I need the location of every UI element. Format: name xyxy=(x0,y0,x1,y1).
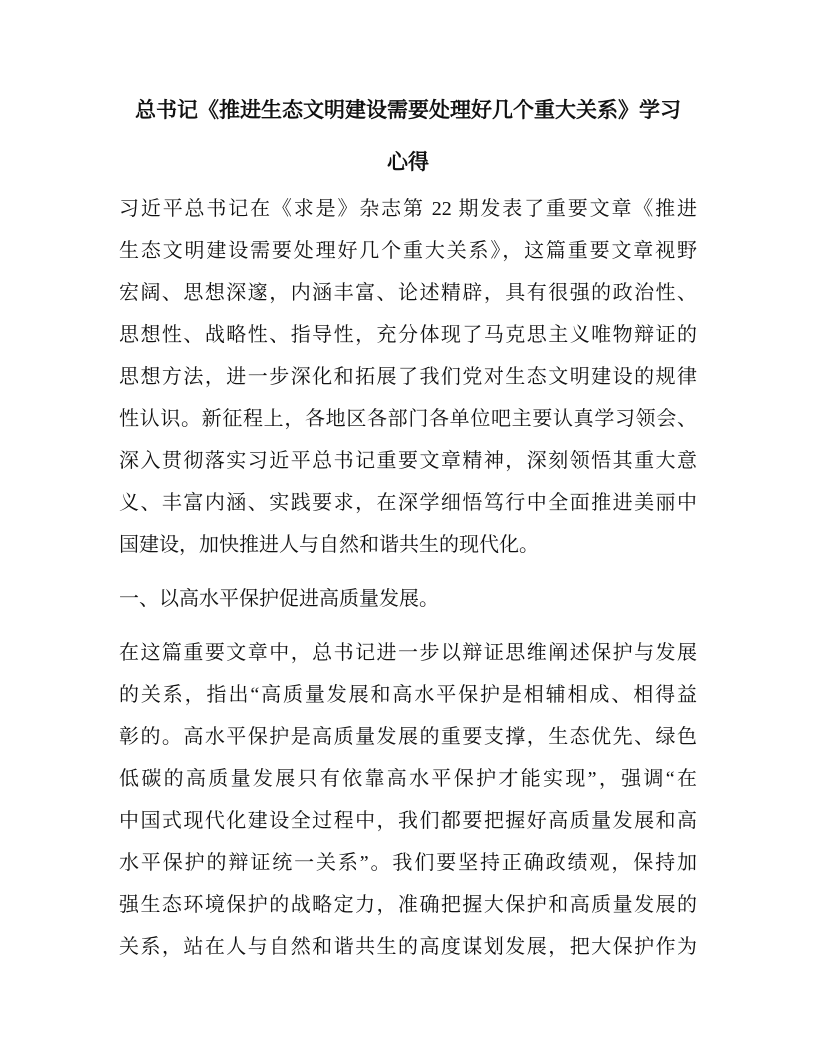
text-line: 彰的。高水平保护是高质量发展的重要支撑，生态优先、绿色 xyxy=(119,716,697,758)
text-line: 中国式现代化建设全过程中，我们都要把握好高质量发展和高 xyxy=(119,800,697,842)
text-line: 深入贯彻落实习近平总书记重要文章精神，深刻领悟其重大意 xyxy=(119,440,697,482)
text-line: 强生态环境保护的战略定力，准确把握大保护和高质量发展的 xyxy=(119,884,697,926)
text-line: 低碳的高质量发展只有依靠高水平保护才能实现”，强调“在 xyxy=(119,758,697,800)
text-line: 宏阔、思想深邃，内涵丰富、论述精辟，具有很强的政治性、 xyxy=(119,272,697,314)
document-title: 总书记《推进生态文明建设需要处理好几个重大关系》学习心得 xyxy=(119,84,697,188)
text-line: 的关系，指出“高质量发展和高水平保护是相辅相成、相得益 xyxy=(119,674,697,716)
section-heading: 一、以高水平保护促进高质量发展。 xyxy=(119,578,697,620)
document-body: 习近平总书记在《求是》杂志第 22 期发表了重要文章《推进生态文明建设需要处理好… xyxy=(119,188,697,968)
text-line: 性认识。新征程上，各地区各部门各单位吧主要认真学习领会、 xyxy=(119,398,697,440)
text-line: 国建设，加快推进人与自然和谐共生的现代化。 xyxy=(119,524,697,566)
document-page: 总书记《推进生态文明建设需要处理好几个重大关系》学习心得 习近平总书记在《求是》… xyxy=(0,0,816,1056)
title-line: 心得 xyxy=(119,136,697,188)
paragraph: 在这篇重要文章中，总书记进一步以辩证思维阐述保护与发展的关系，指出“高质量发展和… xyxy=(119,632,697,968)
text-line: 思想方法，进一步深化和拓展了我们党对生态文明建设的规律 xyxy=(119,356,697,398)
paragraph: 习近平总书记在《求是》杂志第 22 期发表了重要文章《推进生态文明建设需要处理好… xyxy=(119,188,697,566)
text-line: 一、以高水平保护促进高质量发展。 xyxy=(119,578,697,620)
text-line: 义、丰富内涵、实践要求，在深学细悟笃行中全面推进美丽中 xyxy=(119,482,697,524)
text-line: 水平保护的辩证统一关系”。我们要坚持正确政绩观，保持加 xyxy=(119,842,697,884)
title-line: 总书记《推进生态文明建设需要处理好几个重大关系》学习 xyxy=(119,84,697,136)
text-line: 关系，站在人与自然和谐共生的高度谋划发展，把大保护作为 xyxy=(119,926,697,968)
text-line: 思想性、战略性、指导性，充分体现了马克思主义唯物辩证的 xyxy=(119,314,697,356)
text-line: 习近平总书记在《求是》杂志第 22 期发表了重要文章《推进 xyxy=(119,188,697,230)
text-line: 在这篇重要文章中，总书记进一步以辩证思维阐述保护与发展 xyxy=(119,632,697,674)
text-line: 生态文明建设需要处理好几个重大关系》，这篇重要文章视野 xyxy=(119,230,697,272)
